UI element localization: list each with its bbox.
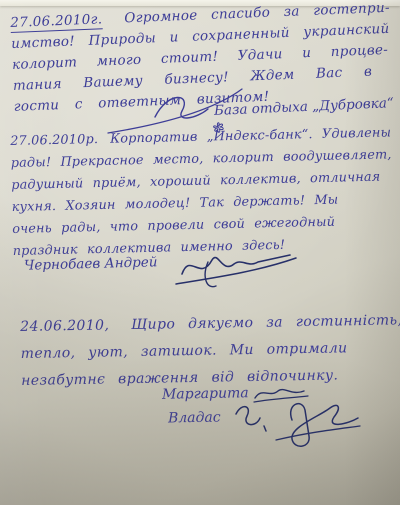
entry-2-date: 27.06.2010р. bbox=[10, 132, 98, 149]
entry-3-date: 24.06.2010, bbox=[20, 317, 109, 335]
entry-2-signed-by: Чернобаев Андрей bbox=[24, 254, 158, 273]
guestbook-entry-2: 27.06.2010р.Корпоратив „Индекс-банк“. Уд… bbox=[10, 122, 400, 263]
entry-3-name-vladas: Владас bbox=[168, 410, 221, 427]
spacer bbox=[103, 22, 125, 23]
entry-3-text-line: Щиро дякуємо за гостинність, bbox=[131, 312, 400, 333]
entry-2-text-line: Корпоратив „Индекс-банк“. Удивлены и bbox=[110, 125, 400, 147]
guestbook-page-photo: 27.06.2010г.Огромное спасибо за гостепри… bbox=[0, 0, 400, 505]
signature-flourish-icon bbox=[172, 248, 300, 293]
guestbook-entry-3: 24.06.2010,Щиро дякуємо за гостинність, … bbox=[20, 307, 397, 395]
signature-flourish-icon bbox=[226, 398, 362, 454]
entry-1-date: 27.06.2010г. bbox=[10, 11, 103, 33]
